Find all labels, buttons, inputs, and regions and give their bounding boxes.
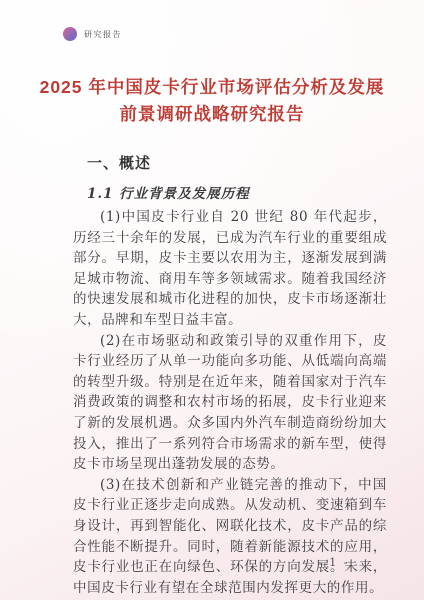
- paragraph-2: (2)在市场驱动和政策引导的双重作用下，皮卡行业经历了从单一功能向多功能、从低端…: [73, 331, 387, 475]
- paragraph-3: (3)在技术创新和产业链完善的推动下，中国皮卡行业正逐步走向成熟。从发动机、变速…: [73, 475, 387, 599]
- report-title-line-1: 2025 年中国皮卡行业市场评估分析及发展: [0, 74, 424, 101]
- report-body: 一、概述 1.1 行业背景及发展历程 (1)中国皮卡行业自 20 世纪 80 年…: [73, 152, 387, 598]
- report-title-line-2: 前景调研战略研究报告: [0, 101, 424, 128]
- sub-heading: 1.1 行业背景及发展历程: [87, 182, 387, 202]
- paragraph-1: (1)中国皮卡行业自 20 世纪 80 年代起步，历经三十余年的发展，已成为汽车…: [73, 207, 387, 331]
- brand-circle-icon: [63, 27, 77, 41]
- report-page: 研究报告 2025 年中国皮卡行业市场评估分析及发展 前景调研战略研究报告 一、…: [0, 0, 424, 600]
- brand-logo: 研究报告: [63, 27, 122, 41]
- section-heading: 一、概述: [87, 152, 387, 173]
- page-number: - 1 -: [318, 556, 349, 569]
- report-title: 2025 年中国皮卡行业市场评估分析及发展 前景调研战略研究报告: [0, 74, 424, 128]
- brand-logo-text: 研究报告: [84, 29, 122, 40]
